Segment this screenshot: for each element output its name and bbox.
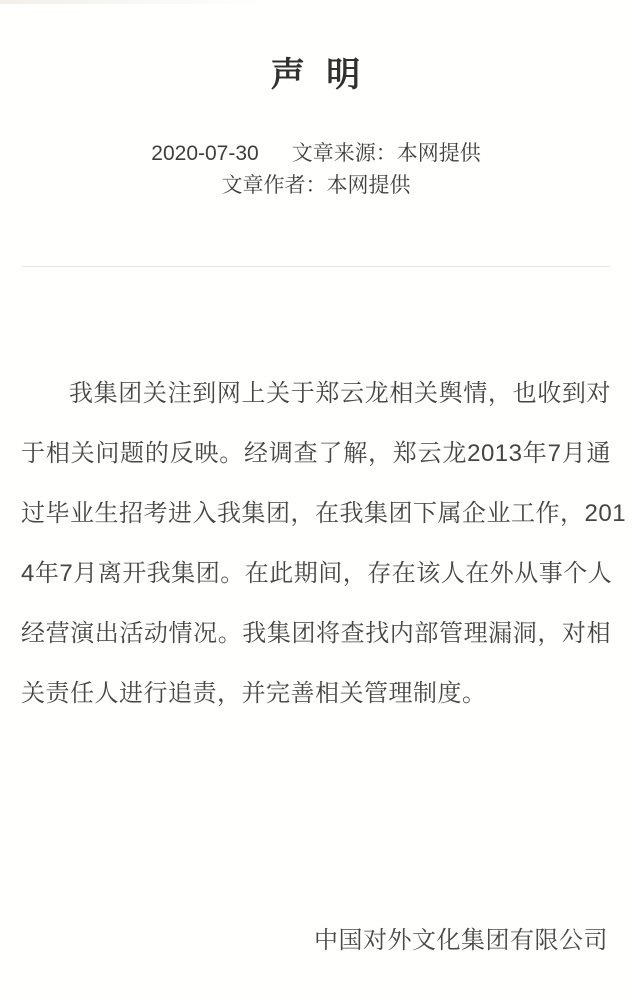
- body-line: 经营演出活动情况。我集团将查找内部管理漏洞，对相: [21, 604, 611, 664]
- body-line: 关责任人进行追责，并完善相关管理制度。: [21, 664, 611, 724]
- article-date: 2020-07-30: [151, 142, 258, 165]
- statement-page: 声 明 2020-07-30文章来源：本网提供 文章作者：本网提供 我集团关注到…: [0, 0, 632, 1000]
- meta-line-2: 文章作者：本网提供: [0, 170, 632, 202]
- body-line: 4年7月离开我集团。在此期间，存在该人在外从事个人: [21, 544, 611, 604]
- article-meta: 2020-07-30文章来源：本网提供 文章作者：本网提供: [0, 138, 632, 202]
- body-line: 我集团关注到网上关于郑云龙相关舆情，也收到对: [21, 364, 611, 424]
- body-line: 于相关问题的反映。经调查了解，郑云龙2013年7月通: [21, 424, 611, 484]
- article-author: 文章作者：本网提供: [222, 174, 411, 197]
- meta-line-1: 2020-07-30文章来源：本网提供: [0, 138, 632, 170]
- body-line: 过毕业生招考进入我集团，在我集团下属企业工作，201: [21, 484, 611, 544]
- article-source: 文章来源：本网提供: [292, 142, 481, 165]
- divider: [22, 266, 610, 267]
- article-body: 我集团关注到网上关于郑云龙相关舆情，也收到对 于相关问题的反映。经调查了解，郑云…: [21, 364, 611, 724]
- page-title: 声 明: [0, 0, 632, 100]
- signature: 中国对外文化集团有限公司: [0, 923, 632, 959]
